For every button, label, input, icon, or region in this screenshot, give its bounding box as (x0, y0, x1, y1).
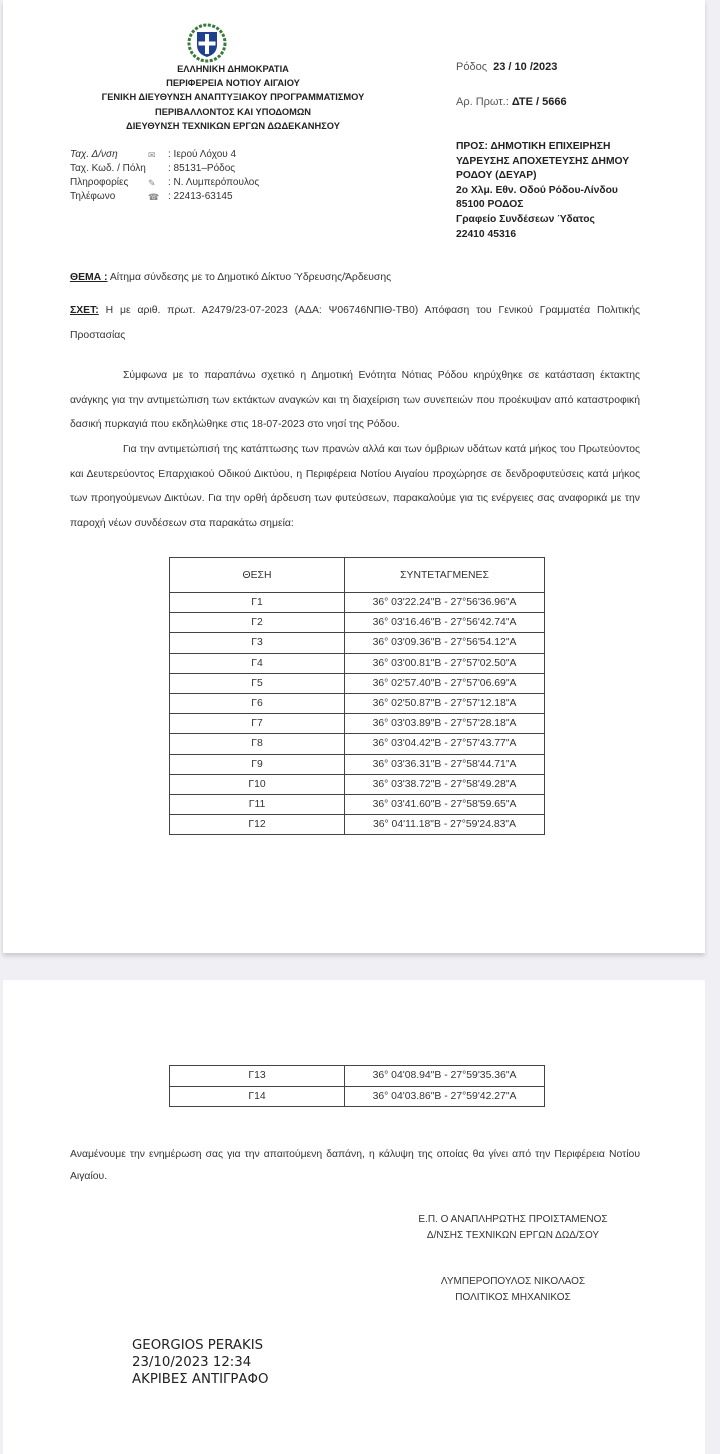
coordinates-cell: 36° 03'41.60"Β - 27°58'59.65"Α (345, 794, 545, 814)
position-cell: Γ10 (170, 774, 345, 794)
recipient-line: 2ο Χλμ. Εθν. Οδού Ρόδου-Λίνδου (456, 184, 666, 199)
address-key: Ταχ. Κωδ. / Πόλη (70, 162, 148, 176)
table-row: Γ1136° 03'41.60"Β - 27°58'59.65"Α (170, 794, 545, 814)
place-label: Ρόδος (456, 61, 487, 73)
recipient-line: 22410 45316 (456, 228, 666, 243)
subject-line: ΘΕΜΑ : Αίτημα σύνδεσης με το Δημοτικό Δί… (70, 272, 640, 283)
document-date: 23 / 10 /2023 (493, 61, 557, 73)
position-cell: Γ3 (170, 633, 345, 653)
document-meta: Ρόδος 23 / 10 /2023 Αρ. Πρωτ.: ΔΤΕ / 566… (456, 61, 567, 131)
recipient-line: ΡΟΔΟΥ (ΔΕΥΑΡ) (456, 169, 666, 184)
protocol-number: ΔΤΕ / 5666 (512, 96, 567, 108)
header-line: ΠΕΡΙΦΕΡΕΙΑ ΝΟΤΙΟΥ ΑΙΓΑΙΟΥ (63, 76, 403, 90)
position-cell: Γ13 (170, 1066, 345, 1087)
address-key: Ταχ. Δ/νση (70, 148, 148, 162)
table-row: Γ1336° 04'08.94"Β - 27°59'35.36"Α (170, 1066, 545, 1087)
body-paragraph-2: Για την αντιμετώπισή της κατάπτωσης των … (70, 438, 640, 536)
address-row: Ταχ. Κωδ. / Πόλη: 85131–Ρόδος (70, 162, 259, 176)
address-key: Πληροφορίες (70, 176, 148, 190)
reference-text: Η με αριθ. πρωτ. Α2479/23-07-2023 (ΑΔΑ: … (70, 305, 640, 341)
signature-line: Ε.Π. Ο ΑΝΑΠΛΗΡΩΤΗΣ ΠΡΟΙΣΤΑΜΕΝΟΣ (383, 1212, 643, 1228)
stamp-timestamp: 23/10/2023 12:34 (132, 1354, 268, 1371)
spacer (148, 162, 168, 176)
issuer-header: ΕΛΛΗΝΙΚΗ ΔΗΜΟΚΡΑΤΙΑ ΠΕΡΙΦΕΡΕΙΑ ΝΟΤΙΟΥ ΑΙ… (63, 62, 403, 133)
coordinates-cell: 36° 04'11.18"Β - 27°59'24.83"Α (345, 815, 545, 835)
body-paragraph-1: Σύμφωνα με το παραπάνω σχετικό η Δημοτικ… (70, 364, 640, 438)
coordinates-cell: 36° 03'09.36"Β - 27°56'54.12"Α (345, 633, 545, 653)
position-cell: Γ8 (170, 734, 345, 754)
signatory-title: Ε.Π. Ο ΑΝΑΠΛΗΡΩΤΗΣ ΠΡΟΙΣΤΑΜΕΝΟΣ Δ/ΝΣΗΣ Τ… (383, 1212, 643, 1244)
header-line: ΠΕΡΙΒΑΛΛΟΝΤΟΣ ΚΑΙ ΥΠΟΔΟΜΩΝ (63, 105, 403, 119)
coordinates-cell: 36° 03'36.31"Β - 27°58'44.71"Α (345, 754, 545, 774)
table-header-row: ΘΕΣΗΣΥΝΤΕΤΑΓΜΕΝΕΣ (170, 558, 545, 593)
paragraph-text: Για την αντιμετώπισή της κατάπτωσης των … (70, 438, 640, 536)
phone-icon: ☎ (148, 190, 168, 204)
position-cell: Γ14 (170, 1086, 345, 1107)
coordinates-cell: 36° 03'16.46"Β - 27°56'42.74"Α (345, 613, 545, 633)
address-value: : 22413-63145 (168, 190, 233, 204)
coordinates-cell: 36° 02'50.87"Β - 27°57'12.18"Α (345, 693, 545, 713)
position-cell: Γ6 (170, 693, 345, 713)
address-row: Ταχ. Δ/νση✉: Ιερού Λόχου 4 (70, 148, 259, 162)
coordinates-cell: 36° 03'38.72"Β - 27°58'49.28"Α (345, 774, 545, 794)
coordinates-cell: 36° 03'22.24"Β - 27°56'36.96"Α (345, 593, 545, 613)
paragraph-text: Σύμφωνα με το παραπάνω σχετικό η Δημοτικ… (70, 364, 640, 438)
stamp-signer: GEORGIOS PERAKIS (132, 1337, 268, 1354)
coordinates-cell: 36° 03'03.89"Β - 27°57'28.18"Α (345, 714, 545, 734)
table-row: Γ1436° 04'03.86"Β - 27°59'42.27"Α (170, 1086, 545, 1107)
signature-line: ΠΟΛΙΤΙΚΟΣ ΜΗΧΑΝΙΚΟΣ (383, 1290, 643, 1306)
document-page-2: Γ1336° 04'08.94"Β - 27°59'35.36"ΑΓ1436° … (3, 980, 705, 1454)
position-cell: Γ5 (170, 673, 345, 693)
table-row: Γ136° 03'22.24"Β - 27°56'36.96"Α (170, 593, 545, 613)
coordinates-cell: 36° 04'03.86"Β - 27°59'42.27"Α (345, 1086, 545, 1107)
recipient-line: Γραφείο Συνδέσεων Ύδατος (456, 213, 666, 228)
coordinates-cell: 36° 03'04.42"Β - 27°57'43.77"Α (345, 734, 545, 754)
document-page-1: ΕΛΛΗΝΙΚΗ ΔΗΜΟΚΡΑΤΙΑ ΠΕΡΙΦΕΡΕΙΑ ΝΟΤΙΟΥ ΑΙ… (3, 0, 705, 953)
signatory-name: ΛΥΜΠΕΡΟΠΟΥΛΟΣ ΝΙΚΟΛΑΟΣ ΠΟΛΙΤΙΚΟΣ ΜΗΧΑΝΙΚ… (383, 1274, 643, 1306)
position-cell: Γ2 (170, 613, 345, 633)
header-line: ΔΙΕΥΘΥΝΣΗ ΤΕΧΝΙΚΩΝ ΕΡΓΩΝ ΔΩΔΕΚΑΝΗΣΟΥ (63, 119, 403, 133)
recipient-block: ΠΡΟΣ: ΔΗΜΟΤΙΚΗ ΕΠΙΧΕΙΡΗΣΗ ΥΔΡΕΥΣΗΣ ΑΠΟΧΕ… (456, 140, 666, 242)
address-row: Τηλέφωνο☎: 22413-63145 (70, 190, 259, 204)
table-row: Γ836° 03'04.42"Β - 27°57'43.77"Α (170, 734, 545, 754)
table-row: Γ336° 03'09.36"Β - 27°56'54.12"Α (170, 633, 545, 653)
table-row: Γ636° 02'50.87"Β - 27°57'12.18"Α (170, 693, 545, 713)
coordinates-cell: 36° 03'00.81"Β - 27°57'02.50"Α (345, 653, 545, 673)
position-cell: Γ4 (170, 653, 345, 673)
coordinates-table-continued: Γ1336° 04'08.94"Β - 27°59'35.36"ΑΓ1436° … (169, 1065, 545, 1107)
header-line: ΓΕΝΙΚΗ ΔΙΕΥΘΥΝΣΗ ΑΝΑΠΤΥΞΙΑΚΟΥ ΠΡΟΓΡΑΜΜΑΤ… (63, 90, 403, 104)
reference-line: ΣΧΕΤ: Η με αριθ. πρωτ. Α2479/23-07-2023 … (70, 298, 640, 348)
column-header: ΘΕΣΗ (170, 558, 345, 593)
subject-text: Αίτημα σύνδεσης με το Δημοτικό Δίκτυο Ύδ… (108, 272, 392, 283)
position-cell: Γ1 (170, 593, 345, 613)
coordinates-cell: 36° 02'57.40"Β - 27°57'06.69"Α (345, 673, 545, 693)
position-cell: Γ11 (170, 794, 345, 814)
signature-line: ΛΥΜΠΕΡΟΠΟΥΛΟΣ ΝΙΚΟΛΑΟΣ (383, 1274, 643, 1290)
table-row: Γ236° 03'16.46"Β - 27°56'42.74"Α (170, 613, 545, 633)
position-cell: Γ12 (170, 815, 345, 835)
table-row: Γ1236° 04'11.18"Β - 27°59'24.83"Α (170, 815, 545, 835)
table-row: Γ436° 03'00.81"Β - 27°57'02.50"Α (170, 653, 545, 673)
address-value: : Ιερού Λόχου 4 (168, 148, 236, 162)
address-value: : 85131–Ρόδος (168, 162, 235, 176)
subject-label: ΘΕΜΑ : (70, 272, 108, 283)
header-line: ΕΛΛΗΝΙΚΗ ΔΗΜΟΚΡΑΤΙΑ (63, 62, 403, 76)
greek-coat-of-arms-icon (187, 23, 227, 63)
position-cell: Γ9 (170, 754, 345, 774)
address-row: Πληροφορίες✎: Ν. Λυμπερόπουλος (70, 176, 259, 190)
sender-address: Ταχ. Δ/νση✉: Ιερού Λόχου 4Ταχ. Κωδ. / Πό… (70, 148, 259, 204)
column-header: ΣΥΝΤΕΤΑΓΜΕΝΕΣ (345, 558, 545, 593)
stamp-certification: ΑΚΡΙΒΕΣ ΑΝΤΙΓΡΑΦΟ (132, 1371, 268, 1388)
table-row: Γ536° 02'57.40"Β - 27°57'06.69"Α (170, 673, 545, 693)
digital-signature-stamp: GEORGIOS PERAKIS 23/10/2023 12:34 ΑΚΡΙΒΕ… (132, 1337, 268, 1388)
table-row: Γ1036° 03'38.72"Β - 27°58'49.28"Α (170, 774, 545, 794)
table-row: Γ736° 03'03.89"Β - 27°57'28.18"Α (170, 714, 545, 734)
table-row: Γ936° 03'36.31"Β - 27°58'44.71"Α (170, 754, 545, 774)
recipient-line: ΥΔΡΕΥΣΗΣ ΑΠΟΧΕΤΕΥΣΗΣ ΔΗΜΟΥ (456, 155, 666, 170)
position-cell: Γ7 (170, 714, 345, 734)
coordinates-table: ΘΕΣΗΣΥΝΤΕΤΑΓΜΕΝΕΣΓ136° 03'22.24"Β - 27°5… (169, 557, 545, 835)
protocol-label: Αρ. Πρωτ.: (456, 96, 509, 108)
envelope-icon: ✉ (148, 148, 168, 162)
address-key: Τηλέφωνο (70, 190, 148, 204)
recipient-line: ΠΡΟΣ: ΔΗΜΟΤΙΚΗ ΕΠΙΧΕΙΡΗΣΗ (456, 140, 666, 155)
coordinates-cell: 36° 04'08.94"Β - 27°59'35.36"Α (345, 1066, 545, 1087)
address-value: : Ν. Λυμπερόπουλος (168, 176, 259, 190)
recipient-line: 85100 ΡΟΔΟΣ (456, 198, 666, 213)
pencil-icon: ✎ (148, 176, 168, 190)
reference-label: ΣΧΕΤ: (70, 305, 99, 316)
signature-line: Δ/ΝΣΗΣ ΤΕΧΝΙΚΩΝ ΕΡΓΩΝ ΔΩΔ/ΣΟΥ (383, 1228, 643, 1244)
closing-paragraph: Αναμένουμε την ενημέρωση σας για την απα… (70, 1144, 640, 1188)
